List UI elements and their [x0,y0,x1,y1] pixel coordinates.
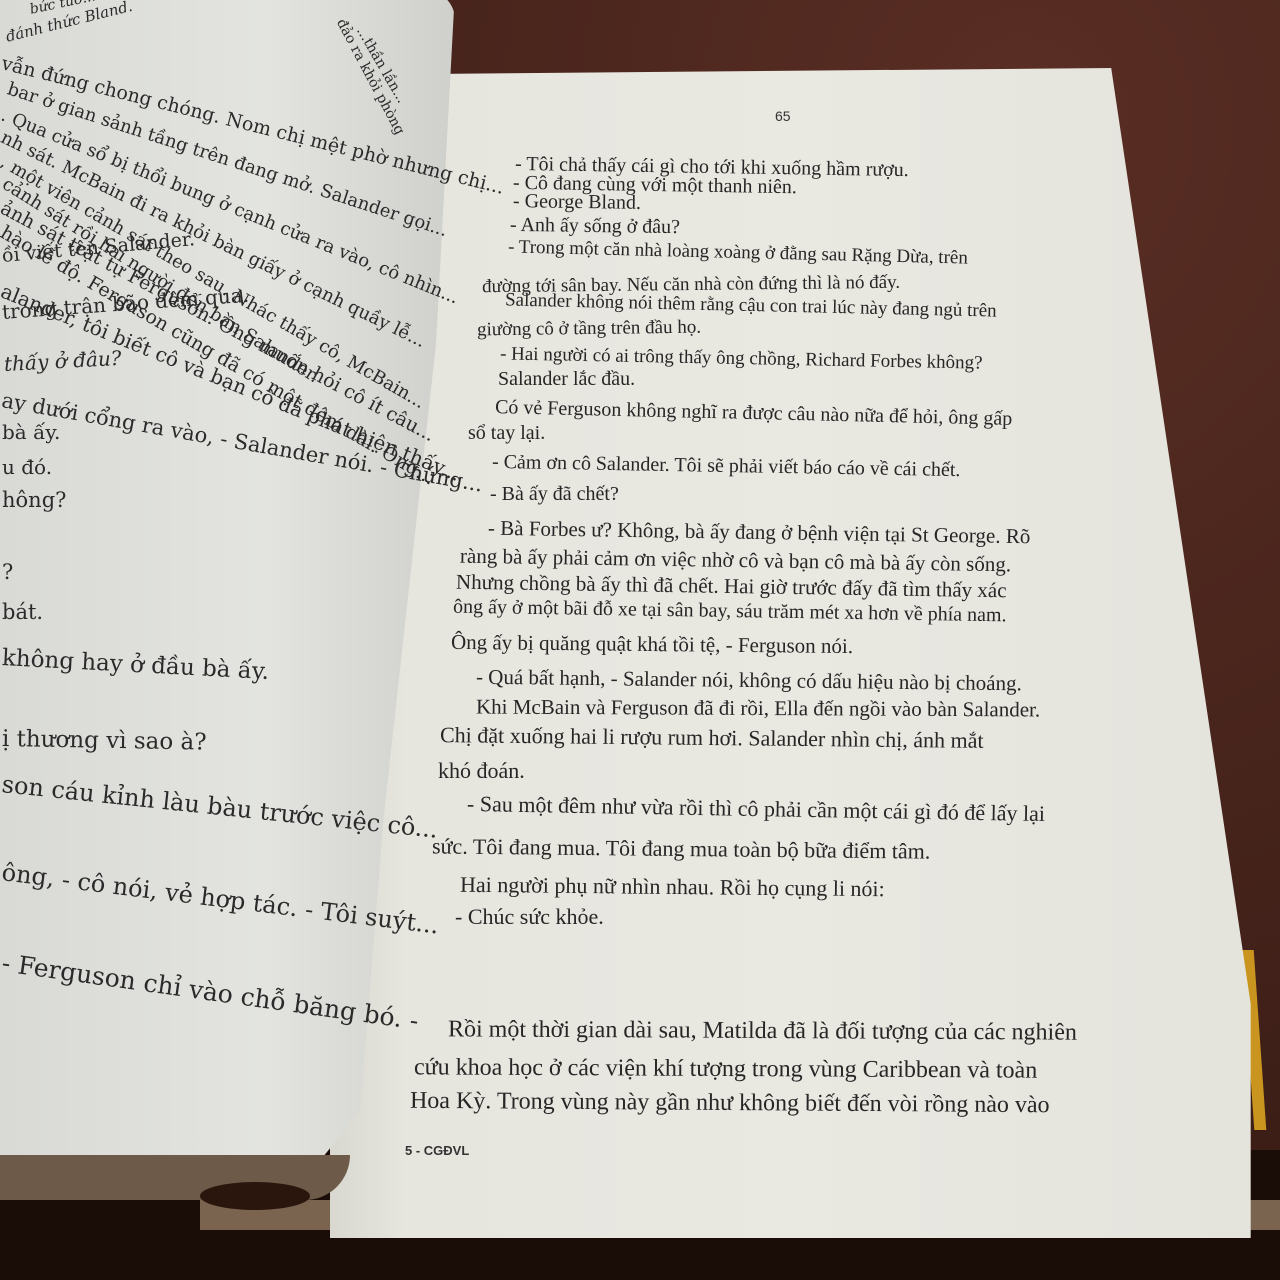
text-line: sổ tay lại. [468,422,545,445]
text-line: u đó. [2,455,52,479]
text-line: Salander lắc đầu. [498,368,635,391]
page-number: 65 [775,108,791,124]
text-line: Ông ấy bị quăng quật khá tồi tệ, - Fergu… [451,630,853,659]
page-curl-gap [200,1182,310,1210]
text-line: Rồi một thời gian dài sau, Matilda đã là… [448,1016,1077,1046]
text-line: - George Bland. [513,190,641,215]
text-line: Hai người phụ nữ nhìn nhau. Rồi họ cụng … [460,872,885,902]
text-line: - Chúc sức khỏe. [455,904,604,930]
text-line: bà ấy. [2,420,60,444]
text-line: ? [2,560,13,584]
text-line: bát. [2,600,43,624]
text-line: giường cô ở tầng trên đầu họ. [477,317,701,342]
text-line: sức. Tôi đang mua. Tôi đang mua toàn bộ … [432,833,931,864]
signature-mark: 5 - CGĐVL [405,1143,469,1158]
text-line: Hoa Kỳ. Trong vùng này gần như không biế… [410,1088,1050,1119]
text-line: Khi McBain và Ferguson đã đi rồi, Ella đ… [476,695,1040,723]
text-line: ị thương vì sao à? [2,726,207,756]
text-line: - Anh ấy sống ở đâu? [510,214,680,239]
text-line: cứu khoa học ở các viện khí tượng trong … [414,1054,1037,1084]
text-line: - Bà ấy đã chết? [490,483,619,506]
text-line: khó đoán. [438,758,525,784]
text-line: hông? [2,488,66,512]
